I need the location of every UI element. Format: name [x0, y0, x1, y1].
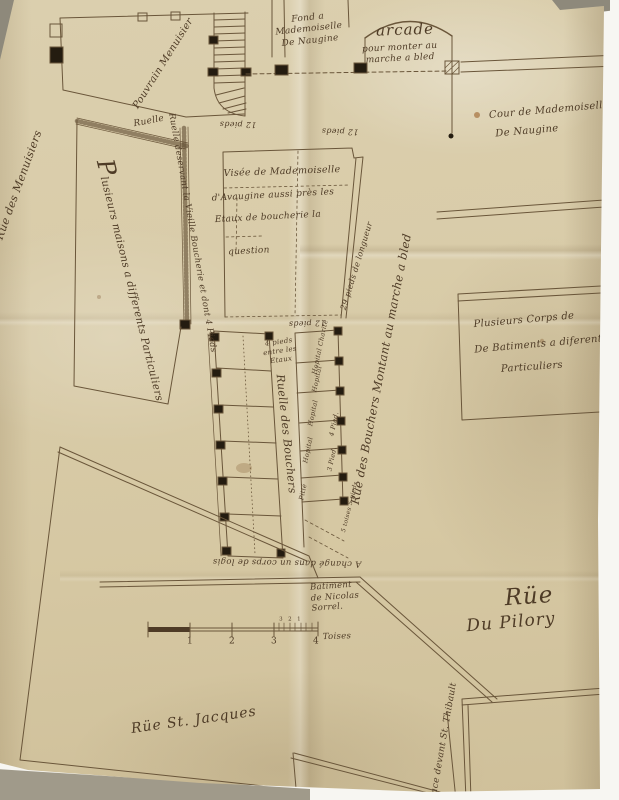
parcel-label-batiment: Batiment de Nicolas Sorrel.: [310, 579, 360, 614]
scale-tick-4: 4: [313, 636, 319, 647]
scale-tick-1: 1: [187, 636, 193, 647]
scale-subtick-3: 3: [279, 617, 283, 624]
scale-tick-2: 2: [229, 636, 235, 647]
paper: Rüe des Menuisiers Rüe des Bouchers Mont…: [0, 0, 619, 800]
dimension-12-pieds-left: 12 pieds: [220, 119, 257, 130]
parcel-label-arcade-sub: pour monter au marche a bled: [362, 41, 438, 67]
plan-linework: [0, 0, 619, 800]
dimension-4-pieds-etaux: 4 pieds entre les Etaux: [261, 336, 298, 367]
scale-unit-label: Toises: [323, 631, 352, 643]
dimension-12-pieds-right: 12 pieds: [321, 125, 358, 136]
parcel-label-arcade-title: arcade: [376, 20, 435, 41]
parcel-label-visee-line4: question: [228, 245, 270, 258]
scale-subtick-2: 2: [288, 617, 292, 624]
parcel-label-fond: Fond a Mademoiselle De Naugine: [274, 10, 344, 51]
scale-subtick-1: 1: [297, 617, 301, 624]
scanned-plan-page: Rüe des Menuisiers Rüe des Bouchers Mont…: [0, 0, 619, 800]
scale-tick-3: 3: [271, 636, 277, 647]
